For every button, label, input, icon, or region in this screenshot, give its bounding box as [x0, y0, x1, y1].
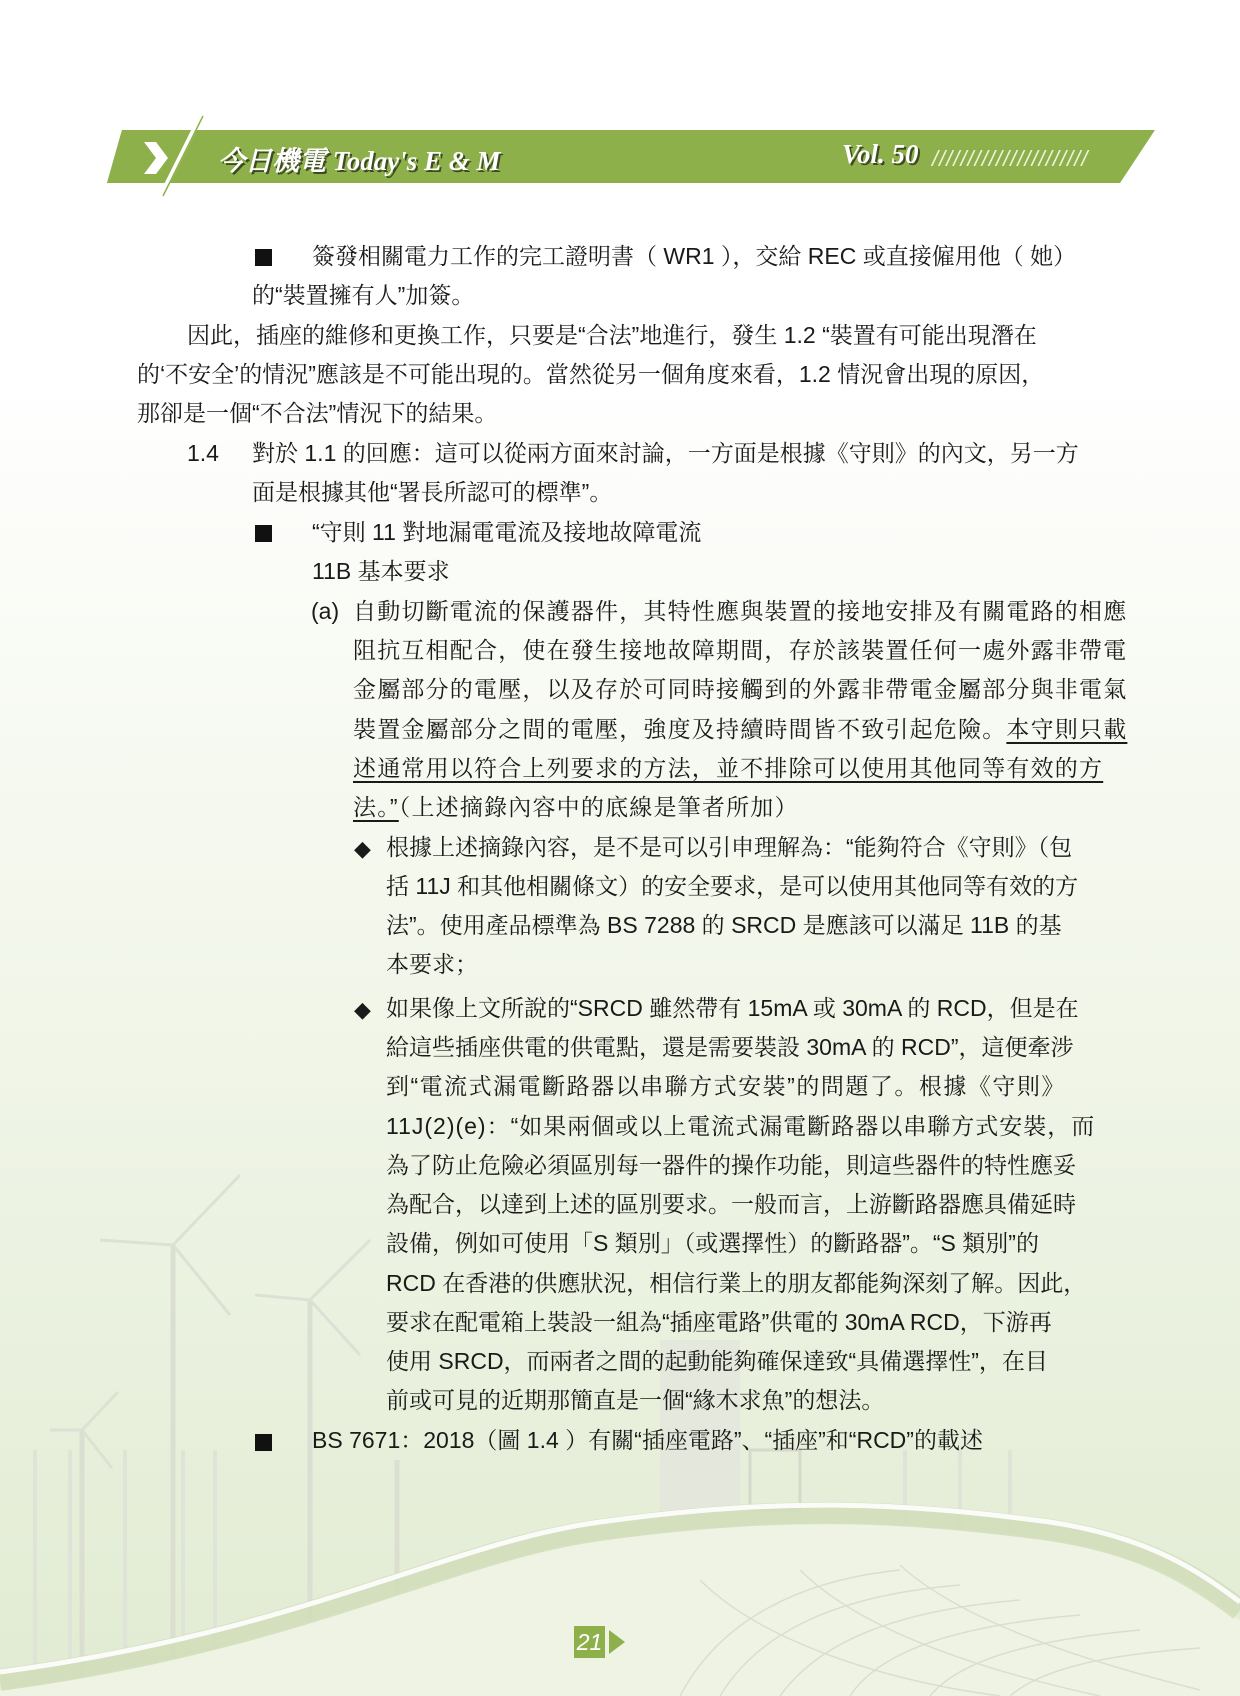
volume-label: Vol. 50: [842, 139, 919, 170]
square-bullet-icon: [255, 249, 272, 266]
diamond2-line6: 為配合，以達到上述的區別要求。一般而言，上游斷路器應具備延時: [386, 1185, 1076, 1224]
chevron-right-icon: [142, 140, 172, 176]
item-a-line4: 裝置金屬部分之間的電壓，強度及持續時間皆不致引起危險。本守則只載: [353, 710, 1127, 749]
section-number: 1.4: [187, 434, 219, 473]
diamond2-line8: RCD 在香港的供應狀況，相信行業上的朋友都能夠深刻了解。因此，: [386, 1264, 1086, 1303]
diamond2-line5: 為了防止危險必須區別每一器件的操作功能，則這些器件的特性應妥: [386, 1146, 1076, 1185]
section14-line1: 對於 1.1 的回應：這可以從兩方面來討論，一方面是根據《守則》的內文，另一方: [252, 434, 1079, 473]
diamond-bullet-icon: ◆: [354, 829, 371, 868]
item-a-line6-underlined: 法。”: [353, 794, 399, 820]
para1-line2: 的‘不安全’的情況”應該是不可能出現的。當然從另一個角度來看，1.2 情況會出現…: [137, 355, 1044, 394]
diamond2-line2: 給這些插座供電的供電點，還是需要裝設 30mA 的 RCD”，這便牽涉: [386, 1028, 1073, 1067]
decorative-hatch: //////////////////////: [932, 146, 1088, 172]
diamond2-line3: 到“電流式漏電斷路器以串聯方式安裝”的問題了。根據《守則》: [386, 1067, 1066, 1106]
diamond2-line11: 前或可見的近期那簡直是一個“緣木求魚”的想法。: [386, 1381, 884, 1420]
bullet2-line2: 11B 基本要求: [312, 552, 450, 591]
page-number: 21: [574, 1626, 605, 1658]
item-a-label: (a): [311, 592, 339, 631]
item-a-line6: 法。”（上述摘錄內容中的底線是筆者所加）: [353, 788, 799, 827]
page-arrow-icon: [609, 1630, 625, 1654]
item-a-line4-plain: 裝置金屬部分之間的電壓，強度及持續時間皆不致引起危險。: [353, 716, 1006, 742]
bullet3-line1: BS 7671：2018（圖 1.4 ）有關“插座電路”、“插座”和“RCD”的…: [312, 1421, 983, 1460]
diamond1-line3: 法”。使用產品標準為 BS 7288 的 SRCD 是應該可以滿足 11B 的基: [386, 906, 1062, 945]
para1-line3: 那卻是一個“不合法”情況下的結果。: [137, 394, 497, 433]
diamond1-line2: 括 11J 和其他相關條文）的安全要求，是可以使用其他同等有效的方: [386, 867, 1078, 906]
bullet2-line1: “守則 11 對地漏電電流及接地故障電流: [312, 513, 701, 552]
item-a-line4-underlined: 本守則只載: [1006, 716, 1127, 742]
diamond2-line10: 使用 SRCD，而兩者之間的起動能夠確保達致“具備選擇性”，在目: [386, 1342, 1048, 1381]
diamond2-line7: 設備，例如可使用「S 類別」（或選擇性）的斷路器”。“S 類別”的: [386, 1224, 1039, 1263]
page-header: 今日機電 Today's E & M Vol. 50 /////////////…: [0, 0, 1240, 200]
item-a-line2: 阻抗互相配合，使在發生接地故障期間，存於該裝置任何一處外露非帶電: [353, 631, 1127, 670]
diamond2-line9: 要求在配電箱上裝設一組為“插座電路”供電的 30mA RCD，下游再: [386, 1303, 1052, 1342]
square-bullet-icon: [255, 525, 272, 542]
bullet1-line1: 簽發相關電力工作的完工證明書（ WR1 ），交給 REC 或直接僱用他（ 她）: [312, 237, 1076, 276]
item-a-line3: 金屬部分的電壓，以及存於可同時接觸到的外露非帶電金屬部分與非電氣: [353, 670, 1127, 709]
item-a-line5-underlined: 述通常用以符合上列要求的方法，並不排除可以使用其他同等有效的方: [353, 755, 1103, 781]
diamond2-line4: 11J(2)(e)：“如果兩個或以上電流式漏電斷路器以串聯方式安裝，而: [386, 1107, 1095, 1146]
item-a-line5: 述通常用以符合上列要求的方法，並不排除可以使用其他同等有效的方: [353, 749, 1103, 788]
section14-line2: 面是根據其他“署長所認可的標準”。: [252, 473, 612, 512]
diamond1-line1: 根據上述摘錄內容，是不是可以引申理解為：“能夠符合《守則》（包: [386, 828, 1072, 867]
square-bullet-icon: [255, 1434, 272, 1451]
magazine-title: 今日機電 Today's E & M: [218, 139, 501, 178]
diamond1-line4: 本要求；: [386, 945, 478, 984]
diamond2-line1: 如果像上文所說的“SRCD 雖然帶有 15mA 或 30mA 的 RCD，但是在: [386, 989, 1079, 1028]
bullet1-line2: 的“裝置擁有人”加簽。: [252, 276, 474, 315]
item-a-line6-plain: （上述摘錄內容中的底線是筆者所加）: [399, 794, 799, 820]
para1-line1: 因此，插座的維修和更換工作，只要是“合法”地進行，發生 1.2 “裝置有可能出現…: [187, 316, 1037, 355]
item-a-line1: 自動切斷電流的保護器件，其特性應與裝置的接地安排及有關電路的相應: [353, 592, 1127, 631]
diamond-bullet-icon: ◆: [354, 990, 371, 1029]
